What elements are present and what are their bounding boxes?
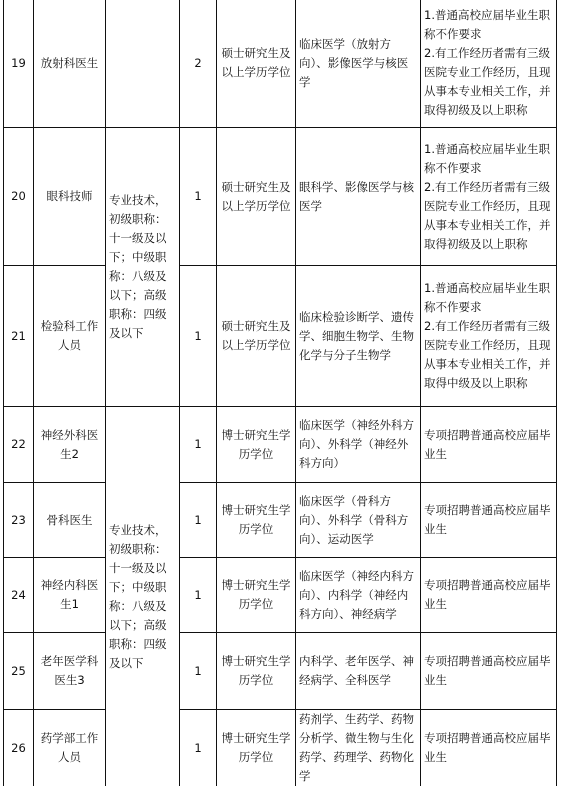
table-row: 22 神经外科医生2 专业技术，初级职称：十一级及以下；中级职称：八级及以下；高… <box>4 407 557 483</box>
other-requirements: 专项招聘普通高校应届毕业生 <box>421 558 557 633</box>
requirement-line: 2.有工作经历者需有三级医院专业工作经历，且现从事本专业相关工作，并取得初级及以… <box>424 44 553 120</box>
row-number: 20 <box>4 128 34 266</box>
table-row: 26 药学部工作人员 1 博士研究生学历学位 药剂学、生药学、药物分析学、微生物… <box>4 710 557 786</box>
other-requirements: 专项招聘普通高校应届毕业生 <box>421 407 557 483</box>
major-requirement: 眼科学、影像医学与核医学 <box>296 128 421 266</box>
level-cell: 专业技术，初级职称：十一级及以下；中级职称：八级及以下；高级职称：四级及以下 <box>106 128 180 407</box>
major-requirement: 药剂学、生药学、药物分析学、微生物与生化药学、药理学、药物化学 <box>296 710 421 786</box>
position-name: 老年医学科医生3 <box>34 633 106 710</box>
table-row: 19 放射科医生 2 硕士研究生及以上学历学位 临床医学（放射方向）、影像医学与… <box>4 0 557 128</box>
row-number: 24 <box>4 558 34 633</box>
requirement-line: 1.普通高校应届毕业生职称不作要求 <box>424 6 553 44</box>
headcount: 1 <box>180 558 217 633</box>
education-requirement: 博士研究生学历学位 <box>217 407 296 483</box>
table-row: 20 眼科技师 专业技术，初级职称：十一级及以下；中级职称：八级及以下；高级职称… <box>4 128 557 266</box>
major-requirement: 内科学、老年医学、神经病学、全科医学 <box>296 633 421 710</box>
recruitment-table: 19 放射科医生 2 硕士研究生及以上学历学位 临床医学（放射方向）、影像医学与… <box>3 0 557 786</box>
headcount: 1 <box>180 483 217 558</box>
position-name: 药学部工作人员 <box>34 710 106 786</box>
table-row: 23 骨科医生 1 博士研究生学历学位 临床医学（骨科方向）、外科学（骨科方向）… <box>4 483 557 558</box>
education-requirement: 硕士研究生及以上学历学位 <box>217 128 296 266</box>
education-requirement: 博士研究生学历学位 <box>217 633 296 710</box>
education-requirement: 博士研究生学历学位 <box>217 558 296 633</box>
headcount: 1 <box>180 407 217 483</box>
headcount: 1 <box>180 266 217 407</box>
position-name: 放射科医生 <box>34 0 106 128</box>
major-requirement: 临床检验诊断学、遗传学、细胞生物学、生物化学与分子生物学 <box>296 266 421 407</box>
table-row: 24 神经内科医生1 1 博士研究生学历学位 临床医学（神经内科方向）、内科学（… <box>4 558 557 633</box>
education-requirement: 博士研究生学历学位 <box>217 483 296 558</box>
education-requirement: 硕士研究生及以上学历学位 <box>217 0 296 128</box>
other-requirements: 1.普通高校应届毕业生职称不作要求 2.有工作经历者需有三级医院专业工作经历，且… <box>421 0 557 128</box>
position-name: 神经外科医生2 <box>34 407 106 483</box>
requirement-line: 2.有工作经历者需有三级医院专业工作经历，且现从事本专业相关工作，并取得初级及以… <box>424 178 553 254</box>
position-name: 神经内科医生1 <box>34 558 106 633</box>
table-row: 25 老年医学科医生3 1 博士研究生学历学位 内科学、老年医学、神经病学、全科… <box>4 633 557 710</box>
other-requirements: 1.普通高校应届毕业生职称不作要求 2.有工作经历者需有三级医院专业工作经历，且… <box>421 128 557 266</box>
row-number: 26 <box>4 710 34 786</box>
major-requirement: 临床医学（神经内科方向）、内科学（神经内科方向）、神经病学 <box>296 558 421 633</box>
level-cell: 专业技术，初级职称：十一级及以下；中级职称：八级及以下；高级职称：四级及以下 <box>106 407 180 786</box>
row-number: 25 <box>4 633 34 710</box>
other-requirements: 专项招聘普通高校应届毕业生 <box>421 633 557 710</box>
requirement-line: 1.普通高校应届毕业生职称不作要求 <box>424 279 553 317</box>
table-row: 21 检验科工作人员 1 硕士研究生及以上学历学位 临床检验诊断学、遗传学、细胞… <box>4 266 557 407</box>
major-requirement: 临床医学（神经外科方向）、外科学（神经外科方向） <box>296 407 421 483</box>
other-requirements: 专项招聘普通高校应届毕业生 <box>421 710 557 786</box>
row-number: 19 <box>4 0 34 128</box>
major-requirement: 临床医学（骨科方向）、外科学（骨科方向）、运动医学 <box>296 483 421 558</box>
position-name: 检验科工作人员 <box>34 266 106 407</box>
row-number: 23 <box>4 483 34 558</box>
requirement-line: 1.普通高校应届毕业生职称不作要求 <box>424 140 553 178</box>
position-name: 骨科医生 <box>34 483 106 558</box>
education-requirement: 硕士研究生及以上学历学位 <box>217 266 296 407</box>
row-number: 22 <box>4 407 34 483</box>
requirement-line: 2.有工作经历者需有三级医院专业工作经历，且现从事本专业相关工作，并取得中级及以… <box>424 317 553 393</box>
row-number: 21 <box>4 266 34 407</box>
other-requirements: 专项招聘普通高校应届毕业生 <box>421 483 557 558</box>
level-cell <box>106 0 180 128</box>
major-requirement: 临床医学（放射方向）、影像医学与核医学 <box>296 0 421 128</box>
headcount: 1 <box>180 633 217 710</box>
other-requirements: 1.普通高校应届毕业生职称不作要求 2.有工作经历者需有三级医院专业工作经历，且… <box>421 266 557 407</box>
headcount: 2 <box>180 0 217 128</box>
headcount: 1 <box>180 710 217 786</box>
education-requirement: 博士研究生学历学位 <box>217 710 296 786</box>
headcount: 1 <box>180 128 217 266</box>
position-name: 眼科技师 <box>34 128 106 266</box>
